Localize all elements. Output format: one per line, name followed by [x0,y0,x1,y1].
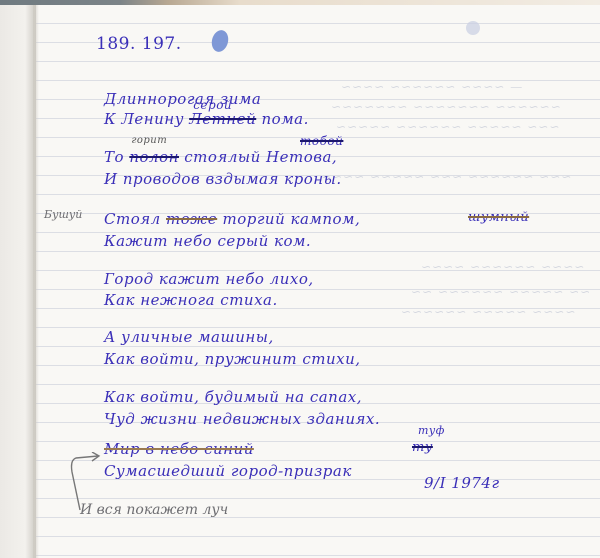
bleed-through-text: ~~ ~~~~~ ~~~~~~ ~~ [410,285,590,299]
poem-line: И проводов вздымая кроны. [104,170,342,188]
struck-word: шумный [468,210,529,225]
poem-line: Сумасшедший город-призрак [104,462,352,480]
ink-blot-faint [466,21,480,35]
correction-word: серой [193,98,232,112]
line-text: То [104,148,124,166]
poem-line: К Ленину Летней серой пома. [104,110,309,128]
poem-line: Чуд жизни недвижных зданиях. [104,410,380,428]
bleed-through-text: ~~~~ ~~~~~ ~~~~~~ [400,305,575,319]
line-text: К Ленину [104,110,184,128]
line-tail: кроны. [284,170,341,188]
poem-line: Город кажит небо лихо, [104,270,314,288]
correction-word: туф [418,424,445,437]
bleed-through-text: — ~~~~ ~~~~~~ ~~~~ [340,80,522,94]
line-tail: стоялый Нетова, [184,148,337,166]
struck-word: Летней [189,110,256,128]
margin-note: Бушуй [44,208,82,221]
page-number: 189. 197. [96,34,182,54]
poem-line: То полон горит стоялый Нетова, [104,148,337,166]
notebook-gutter [0,5,36,558]
bleed-through-text: ~~~ ~~~~~~ ~~~ ~~~~~ ~~~~ [320,170,571,184]
struck-word: полон [129,148,179,166]
struck-word: ту [412,440,433,455]
gutter-shadow [33,5,39,558]
line-tail: торгий кампом, [222,210,360,228]
poem-line: Как войти, пружинит стихи, [104,350,361,368]
correction-group: Летней серой [189,110,256,128]
poem-line: Как войти, будимый на сапах, [104,388,362,406]
bleed-through-text: ~~~~ ~~~~~~ ~~~~ [420,260,584,274]
poem-line: Длиннорогая зима [104,90,261,108]
poem-line: Как нежнога стиха. [104,291,278,309]
correction-word: горит [131,135,167,146]
pencil-line: И вся покажет луч [80,502,228,518]
struck-line: Мир в небо синий [104,440,254,458]
line-text: Стоял [104,210,161,228]
bleed-through-text: ~~~ ~~~~~ ~~~~~~ ~~~~~ [335,120,559,134]
poem-line: Стоял тоже торгий кампом, [104,210,360,228]
struck-word: тоже [166,210,217,228]
line-tail: пома. [262,110,309,128]
poem-line: Мир в небо синий [104,440,254,458]
correction-group: полон горит [129,148,179,166]
poem-line: А уличные машины, [104,328,274,346]
bleed-through-text: ~~~~~~ ~~~~~~~ ~~~~~~~ [330,100,561,114]
line-text: И проводов вздымая [104,170,279,188]
struck-word: тобой [300,134,343,148]
poem-line: Кажит небо серый ком. [104,232,311,250]
signature-date: 9/I 1974г [424,474,500,492]
